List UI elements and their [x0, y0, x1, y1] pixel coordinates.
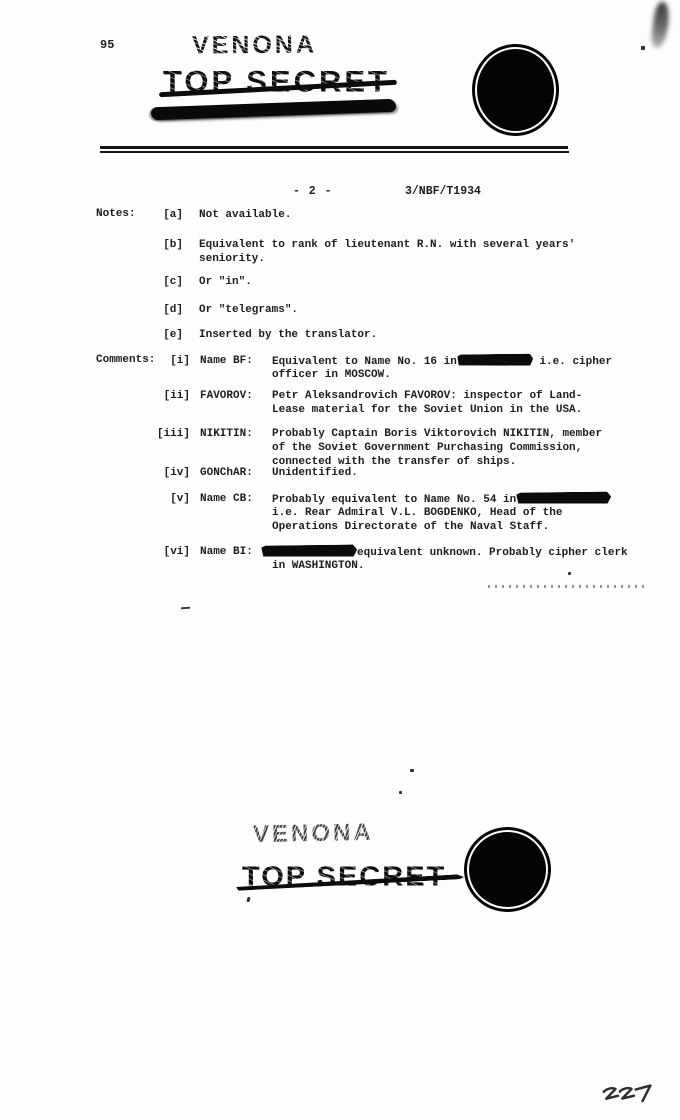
ink-speck — [399, 791, 402, 794]
comment-text-segment: officer in MOSCOW. — [272, 369, 391, 381]
ink-speck — [568, 572, 571, 575]
comment-term: Name BI: — [200, 545, 263, 559]
comment-marker: [iii] — [96, 427, 190, 441]
note-line: Inserted by the translator. — [199, 328, 377, 342]
ink-speck — [246, 897, 250, 903]
comment-line: Probably equivalent to Name No. 54 in — [272, 492, 611, 506]
comment-line: Lease material for the Soviet Union in t… — [272, 403, 582, 417]
comment-marker: [v] — [96, 492, 190, 506]
note-row: [d]Or "telegrams". — [96, 303, 656, 317]
comment-line: Probably Captain Boris Viktorovich NIKIT… — [272, 427, 602, 441]
note-marker: [b] — [96, 238, 190, 252]
comment-row: [vi]Name BI:equivalent unknown. Probably… — [96, 545, 656, 573]
redaction-block — [456, 354, 533, 367]
comment-term: GONChAR: — [200, 466, 263, 480]
classification-seal-top — [472, 44, 559, 136]
notes-rows: [a]Not available.[b]Equivalent to rank o… — [96, 208, 656, 342]
note-text: Equivalent to rank of lieutenant R.N. wi… — [199, 238, 575, 266]
note-marker: [d] — [96, 303, 190, 317]
double-rule-upper — [100, 146, 568, 149]
comment-line: Petr Aleksandrovich FAVOROV: inspector o… — [272, 389, 582, 403]
comment-line: equivalent unknown. Probably cipher cler… — [272, 545, 628, 559]
comment-term: Name BF: — [200, 354, 263, 368]
note-line: Or "in". — [199, 275, 252, 289]
comment-text: Petr Aleksandrovich FAVOROV: inspector o… — [272, 389, 582, 417]
comment-text: equivalent unknown. Probably cipher cler… — [272, 545, 628, 573]
comment-term: Name CB: — [200, 492, 263, 506]
comments-label: Comments: — [96, 354, 155, 366]
double-rule-lower — [100, 151, 569, 153]
note-text: Inserted by the translator. — [199, 328, 377, 342]
comment-text-segment: Equivalent to Name No. 16 in — [272, 356, 457, 368]
note-marker: [c] — [96, 275, 190, 289]
redaction-smudge-bar — [151, 99, 396, 121]
note-marker: [e] — [96, 328, 190, 342]
note-text: Not available. — [199, 208, 291, 222]
note-line: seniority. — [199, 252, 575, 266]
classification-seal-bottom — [464, 827, 551, 912]
comment-line: of the Soviet Government Purchasing Comm… — [272, 441, 602, 455]
redaction-block — [260, 544, 357, 557]
handwritten-number — [600, 1080, 660, 1110]
comment-line: Unidentified. — [272, 466, 358, 480]
ink-speck — [641, 46, 645, 50]
comment-marker: [vi] — [96, 545, 190, 559]
comment-line: Equivalent to Name No. 16 in i.e. cipher — [272, 354, 612, 368]
ink-speck — [410, 769, 414, 772]
scan-edge-artifact — [650, 1, 670, 48]
comment-text-segment: Probably equivalent to Name No. 54 in — [272, 494, 516, 506]
comment-line: i.e. Rear Admiral V.L. BOGDENKO, Head of… — [272, 506, 611, 520]
comment-marker: [iv] — [96, 466, 190, 480]
note-line: Equivalent to rank of lieutenant R.N. wi… — [199, 238, 575, 252]
comment-term: FAVOROV: — [200, 389, 263, 403]
faint-dotted-line — [488, 585, 646, 588]
document-reference: 3/NBF/T1934 — [405, 185, 481, 198]
comment-text-segment: equivalent unknown. Probably cipher cler… — [357, 547, 628, 559]
comment-text: Probably Captain Boris Viktorovich NIKIT… — [272, 427, 602, 469]
notes-section: Notes: [a]Not available.[b]Equivalent to… — [96, 208, 656, 342]
note-row: [e]Inserted by the translator. — [96, 328, 656, 342]
comment-line: officer in MOSCOW. — [272, 368, 612, 382]
note-text: Or "in". — [199, 275, 252, 289]
page-number: 95 — [100, 38, 114, 52]
note-line: Not available. — [199, 208, 291, 222]
comment-term: NIKITIN: — [200, 427, 263, 441]
comment-text: Equivalent to Name No. 16 in i.e. cipher… — [272, 354, 612, 382]
comment-text-segment: Operations Directorate of the Naval Staf… — [272, 521, 549, 533]
venona-stamp-top: VENONA — [192, 30, 317, 60]
comment-row: [iii]NIKITIN:Probably Captain Boris Vikt… — [96, 427, 656, 469]
venona-stamp-bottom: VENONA — [253, 819, 374, 849]
comment-text-segment: i.e. Rear Admiral V.L. BOGDENKO, Head of… — [272, 507, 562, 519]
note-text: Or "telegrams". — [199, 303, 298, 317]
comment-text: Probably equivalent to Name No. 54 ini.e… — [272, 492, 611, 534]
comment-marker: [ii] — [96, 389, 190, 403]
stray-dash-mark — [181, 607, 190, 610]
comment-text-segment: Probably Captain Boris Viktorovich NIKIT… — [272, 428, 602, 440]
comment-text-segment: Lease material for the Soviet Union in t… — [272, 404, 582, 416]
comment-text-segment: i.e. cipher — [533, 356, 612, 368]
comment-line: in WASHINGTON. — [272, 559, 628, 573]
comments-rows: [i]Name BF:Equivalent to Name No. 16 in … — [96, 354, 656, 573]
comment-row: [ii]FAVOROV:Petr Aleksandrovich FAVOROV:… — [96, 389, 656, 417]
comment-text-segment: Unidentified. — [272, 467, 358, 479]
comment-text-segment: of the Soviet Government Purchasing Comm… — [272, 442, 582, 454]
comment-text-segment: Petr Aleksandrovich FAVOROV: inspector o… — [272, 390, 582, 402]
document-page: 95 VENONA TOP SECRET - 2 - 3/NBF/T1934 N… — [0, 0, 680, 1120]
note-row: [b]Equivalent to rank of lieutenant R.N.… — [96, 238, 656, 266]
note-line: Or "telegrams". — [199, 303, 298, 317]
comments-section: Comments: [i]Name BF:Equivalent to Name … — [96, 354, 656, 573]
comment-row: [i]Name BF:Equivalent to Name No. 16 in … — [96, 354, 656, 382]
comment-text-segment: in WASHINGTON. — [272, 560, 364, 572]
page-marker: - 2 - — [293, 185, 333, 198]
redaction-block — [516, 492, 612, 505]
note-row: [a]Not available. — [96, 208, 656, 222]
note-row: [c]Or "in". — [96, 275, 656, 289]
comment-text: Unidentified. — [272, 466, 358, 480]
notes-label: Notes: — [96, 208, 136, 220]
comment-line: Operations Directorate of the Naval Staf… — [272, 520, 611, 534]
comment-row: [v]Name CB:Probably equivalent to Name N… — [96, 492, 656, 534]
